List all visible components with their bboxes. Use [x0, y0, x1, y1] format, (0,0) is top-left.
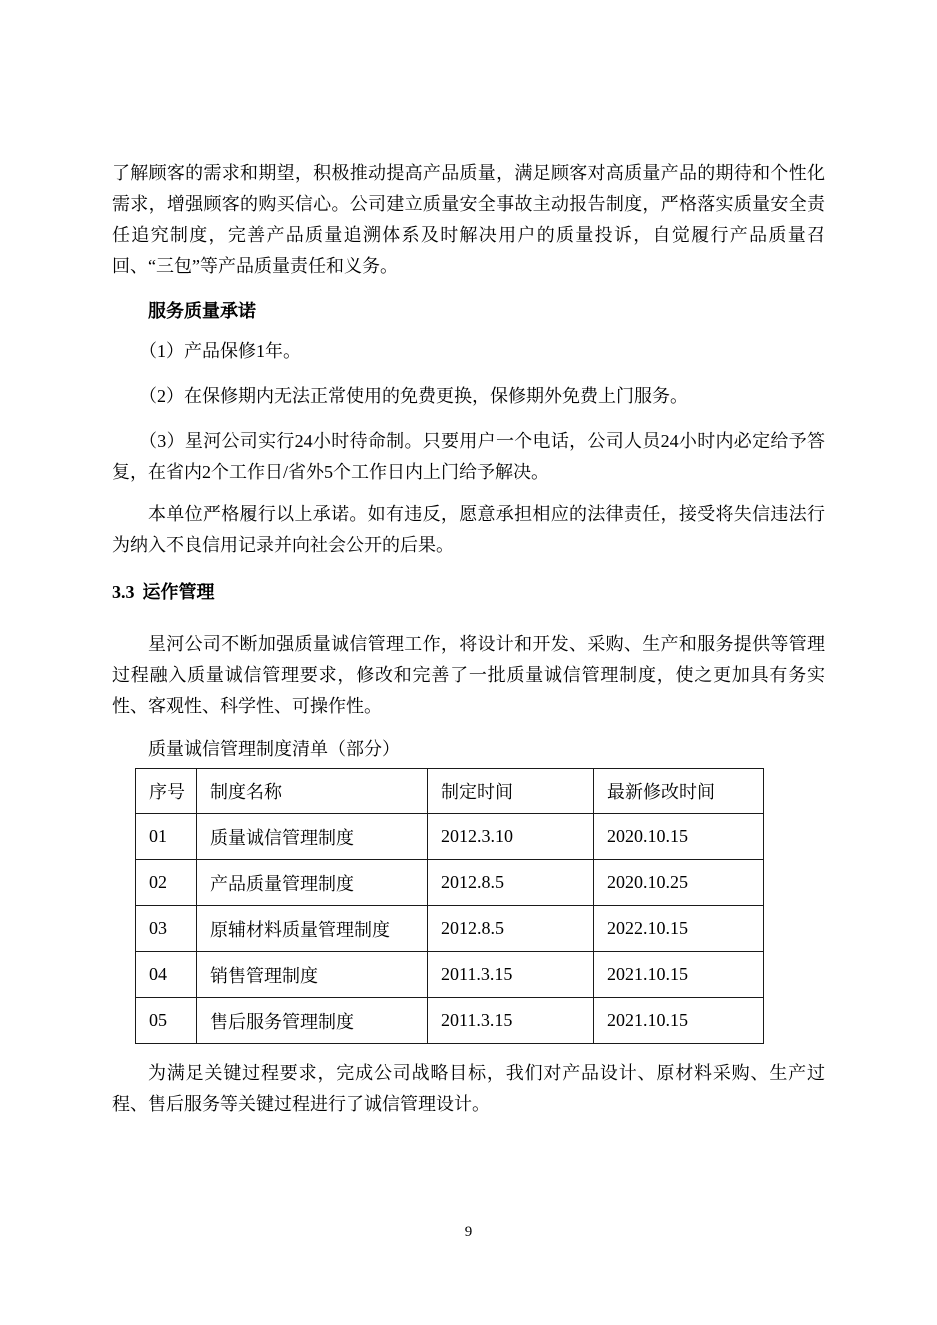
- heading-service-quality-commitment: 服务质量承诺: [112, 296, 825, 327]
- list-item-replacement: （2）在保修期内无法正常使用的免费更换，保修期外免费上门服务。: [112, 381, 825, 412]
- table-cell: 05: [136, 998, 197, 1044]
- table-row: 05 售后服务管理制度 2011.3.15 2021.10.15: [136, 998, 764, 1044]
- table-row: 03 原辅材料质量管理制度 2012.8.5 2022.10.15: [136, 906, 764, 952]
- paragraph-integrity-management: 星河公司不断加强质量诚信管理工作，将设计和开发、采购、生产和服务提供等管理过程融…: [112, 629, 825, 722]
- table-cell: 2011.3.15: [428, 998, 594, 1044]
- page-number: 9: [0, 1222, 937, 1242]
- document-content: 了解顾客的需求和期望，积极推动提高产品质量，满足顾客对高质量产品的期待和个性化需…: [0, 0, 937, 1120]
- table-cell: 产品质量管理制度: [197, 860, 428, 906]
- table-header-cell: 制度名称: [197, 769, 428, 814]
- section-heading-operation-management: 3.3运作管理: [112, 577, 825, 608]
- table-cell: 销售管理制度: [197, 952, 428, 998]
- table-cell: 2021.10.15: [594, 998, 764, 1044]
- table-cell: 原辅材料质量管理制度: [197, 906, 428, 952]
- table-row: 01 质量诚信管理制度 2012.3.10 2020.10.15: [136, 814, 764, 860]
- table-cell: 2012.8.5: [428, 860, 594, 906]
- table-header-cell: 最新修改时间: [594, 769, 764, 814]
- section-number: 3.3: [112, 582, 135, 602]
- table-cell: 2012.3.10: [428, 814, 594, 860]
- list-item-warranty: （1）产品保修1年。: [112, 336, 825, 367]
- paragraph-quality-responsibility: 了解顾客的需求和期望，积极推动提高产品质量，满足顾客对高质量产品的期待和个性化需…: [112, 158, 825, 282]
- table-header-cell: 序号: [136, 769, 197, 814]
- paragraph-promise: 本单位严格履行以上承诺。如有违反，愿意承担相应的法律责任，接受将失信违法行为纳入…: [112, 499, 825, 561]
- section-title: 运作管理: [143, 582, 215, 602]
- table-cell: 售后服务管理制度: [197, 998, 428, 1044]
- table-row: 04 销售管理制度 2011.3.15 2021.10.15: [136, 952, 764, 998]
- table-cell: 2012.8.5: [428, 906, 594, 952]
- document-page: 了解顾客的需求和期望，积极推动提高产品质量，满足顾客对高质量产品的期待和个性化需…: [0, 0, 937, 1325]
- paragraph-closing: 为满足关键过程要求，完成公司战略目标，我们对产品设计、原材料采购、生产过程、售后…: [112, 1058, 825, 1120]
- table-header-row: 序号 制度名称 制定时间 最新修改时间: [136, 769, 764, 814]
- table-cell: 2021.10.15: [594, 952, 764, 998]
- table-cell: 2011.3.15: [428, 952, 594, 998]
- list-item-on-call: （3）星河公司实行24小时待命制。只要用户一个电话，公司人员24小时内必定给予答…: [112, 426, 825, 488]
- table-cell: 2020.10.15: [594, 814, 764, 860]
- table-row: 02 产品质量管理制度 2012.8.5 2020.10.25: [136, 860, 764, 906]
- table-cell: 2020.10.25: [594, 860, 764, 906]
- table-cell: 01: [136, 814, 197, 860]
- table-cell: 04: [136, 952, 197, 998]
- table-cell: 2022.10.15: [594, 906, 764, 952]
- policy-table: 序号 制度名称 制定时间 最新修改时间 01 质量诚信管理制度 2012.3.1…: [135, 768, 764, 1044]
- table-caption: 质量诚信管理制度清单（部分）: [112, 734, 825, 765]
- table-header-cell: 制定时间: [428, 769, 594, 814]
- table-cell: 质量诚信管理制度: [197, 814, 428, 860]
- table-cell: 02: [136, 860, 197, 906]
- table-cell: 03: [136, 906, 197, 952]
